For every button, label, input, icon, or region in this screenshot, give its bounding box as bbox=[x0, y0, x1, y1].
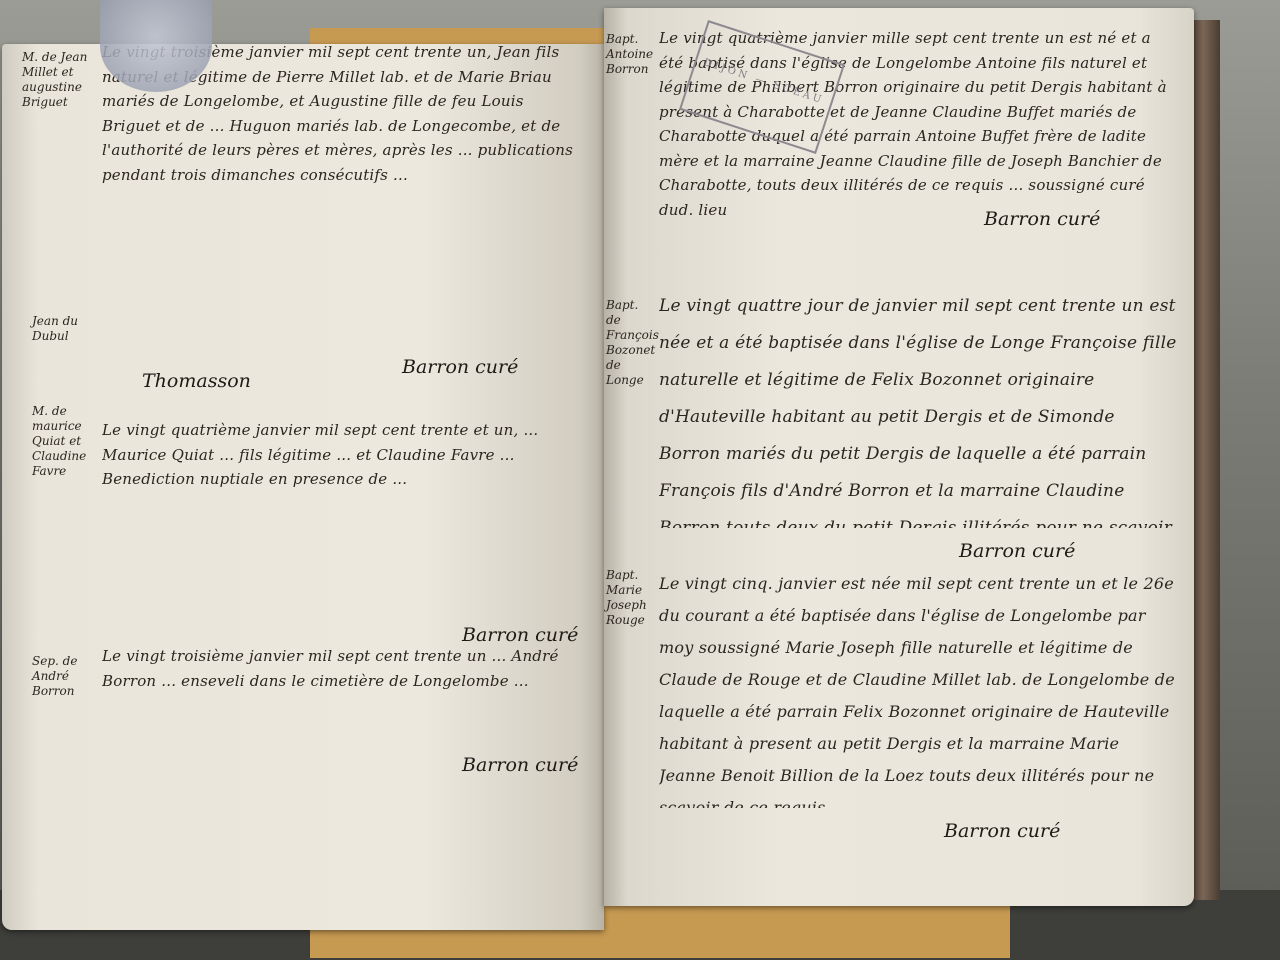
register-entry: Le vingt cinq. janvier est née mil sept … bbox=[659, 568, 1179, 808]
right-page: Bapt. Antoine Borron Bapt. de François B… bbox=[604, 8, 1194, 906]
witness-signature: Thomasson bbox=[142, 370, 251, 392]
margin-note: Sep. de André Borron bbox=[32, 654, 92, 699]
margin-note: M. de maurice Quiat et Claudine Favre bbox=[32, 404, 102, 479]
priest-signature: Barron curé bbox=[944, 820, 1060, 842]
priest-signature: Barron curé bbox=[402, 356, 518, 378]
priest-signature: Barron curé bbox=[462, 624, 578, 646]
left-page: M. de Jean Millet et augustine Briguet J… bbox=[2, 44, 604, 930]
priest-signature: Barron curé bbox=[984, 208, 1100, 230]
margin-note: M. de Jean Millet et augustine Briguet bbox=[22, 50, 92, 110]
register-entry: Le vingt quatrième janvier mil sept cent… bbox=[102, 418, 582, 618]
margin-note: Bapt. Marie Joseph Rouge bbox=[606, 568, 656, 628]
register-entry: Le vingt quattre jour de janvier mil sep… bbox=[659, 288, 1179, 528]
priest-signature: Barron curé bbox=[959, 540, 1075, 562]
margin-note: Bapt. de François Bozonet de Longe bbox=[606, 298, 656, 388]
page-clip bbox=[100, 0, 212, 92]
margin-note: Bapt. Antoine Borron bbox=[606, 32, 656, 77]
priest-signature: Barron curé bbox=[462, 754, 578, 776]
margin-note: Jean du Dubul bbox=[32, 314, 102, 344]
